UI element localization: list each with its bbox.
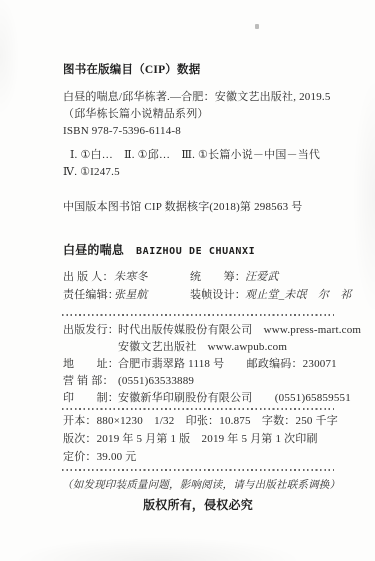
binding-designer-label: 装帧设计：: [190, 287, 245, 305]
address-line: 地 址：合肥市翡翠路 1118 号 邮政编码：230071: [63, 356, 361, 373]
cip-isbn: ISBN 978-7-5396-6114-8: [63, 123, 331, 140]
cip-class-line1: Ⅰ. ①白… Ⅱ. ①邱… Ⅲ. ①长篇小说－中国－当代: [63, 147, 320, 164]
dotted-divider-top: [62, 314, 334, 316]
dotted-divider-bottom: [62, 469, 334, 471]
marketing-dept-label: 营 销 部：: [63, 373, 118, 390]
binding-designer-value: 观止堂_未氓 尔 祁: [245, 289, 352, 301]
book-title-zh: 白昼的喘息: [63, 243, 124, 257]
coordinator: 统 筹：汪爱武: [190, 271, 279, 283]
publish-distribute-label: 出版发行：: [63, 322, 118, 339]
publisher-person: 出 版 人：朱寒冬: [63, 269, 190, 287]
credits-block: 出 版 人：朱寒冬统 筹：汪爱武 责任编辑：张星航装帧设计：观止堂_未氓 尔 祁: [63, 269, 352, 304]
cip-entry-line1: 白昼的喘息/邱华栋著.—合肥：安徽文艺出版社, 2019.5: [63, 89, 331, 106]
credits-row-2: 责任编辑：张星航装帧设计：观止堂_未氓 尔 祁: [63, 287, 352, 305]
responsible-editor: 责任编辑：张星航: [63, 287, 190, 305]
publisher-second-value: 安徽文艺出版社 www.awpub.com: [118, 341, 287, 353]
credits-row-1: 出 版 人：朱寒冬统 筹：汪爱武: [63, 269, 352, 287]
responsible-editor-value: 张星航: [114, 289, 148, 301]
scan-speck: [255, 24, 259, 29]
cip-class-line2: Ⅳ. ①I247.5: [63, 164, 320, 181]
publisher-person-label: 出 版 人：: [63, 269, 114, 287]
quality-notice: （如发现印装质量问题，影响阅读，请与出版社联系调换）: [62, 477, 334, 492]
publish-distribute-line: 出版发行：时代出版传媒股份有限公司 www.press-mart.com: [63, 322, 361, 339]
coordinator-label: 统 筹：: [190, 269, 245, 287]
marketing-dept-value: (0551)63533889: [118, 375, 194, 387]
book-title: 白昼的喘息BAIZHOU DE CHUANXI: [63, 241, 255, 258]
format-spec-line: 开本：880×1230 1/32 印张：10.875 字数：250 千字: [63, 413, 338, 431]
cip-entry-line2: （邱华栋长篇小说精品系列）: [63, 106, 331, 123]
binding-designer: 装帧设计：观止堂_未氓 尔 祁: [190, 289, 352, 301]
publisher-second-line: 安徽文艺出版社 www.awpub.com: [63, 339, 361, 356]
book-title-pinyin: BAIZHOU DE CHUANXI: [136, 246, 255, 257]
address-value: 合肥市翡翠路 1118 号 邮政编码：230071: [118, 358, 337, 370]
address-label: 地 址：: [63, 356, 118, 373]
dotted-divider-middle: [62, 408, 334, 410]
printing-line: 印 制：安徽新华印刷股份有限公司 (0551)65859551: [63, 390, 361, 407]
publisher-person-value: 朱寒冬: [114, 271, 148, 283]
marketing-dept-line: 营 销 部：(0551)63533889: [63, 373, 361, 390]
cip-classification-block: Ⅰ. ①白… Ⅱ. ①邱… Ⅲ. ①长篇小说－中国－当代 Ⅳ. ①I247.5: [63, 147, 320, 181]
book-copyright-page: 图书在版编目（CIP）数据 白昼的喘息/邱华栋著.—合肥：安徽文艺出版社, 20…: [0, 0, 375, 561]
cip-record-number: 中国版本图书馆 CIP 数据核字(2018)第 298563 号: [63, 198, 302, 214]
publish-distribute-value: 时代出版传媒股份有限公司 www.press-mart.com: [118, 324, 361, 336]
cip-entry-block: 白昼的喘息/邱华栋著.—合肥：安徽文艺出版社, 2019.5 （邱华栋长篇小说精…: [63, 89, 331, 140]
printing-value: 安徽新华印刷股份有限公司 (0551)65859551: [118, 392, 351, 404]
responsible-editor-label: 责任编辑：: [63, 287, 114, 305]
printing-label: 印 制：: [63, 390, 118, 407]
print-spec-block: 开本：880×1230 1/32 印张：10.875 字数：250 千字 版次：…: [63, 413, 338, 466]
coordinator-value: 汪爱武: [245, 271, 279, 283]
edition-spec-line: 版次：2019 年 5 月第 1 版 2019 年 5 月第 1 次印刷: [63, 431, 338, 449]
price-line: 定价：39.00 元: [63, 449, 338, 467]
copyright-statement: 版权所有，侵权必究: [62, 496, 334, 513]
cip-heading: 图书在版编目（CIP）数据: [63, 61, 200, 77]
publisher-block: 出版发行：时代出版传媒股份有限公司 www.press-mart.com 安徽文…: [63, 322, 361, 407]
